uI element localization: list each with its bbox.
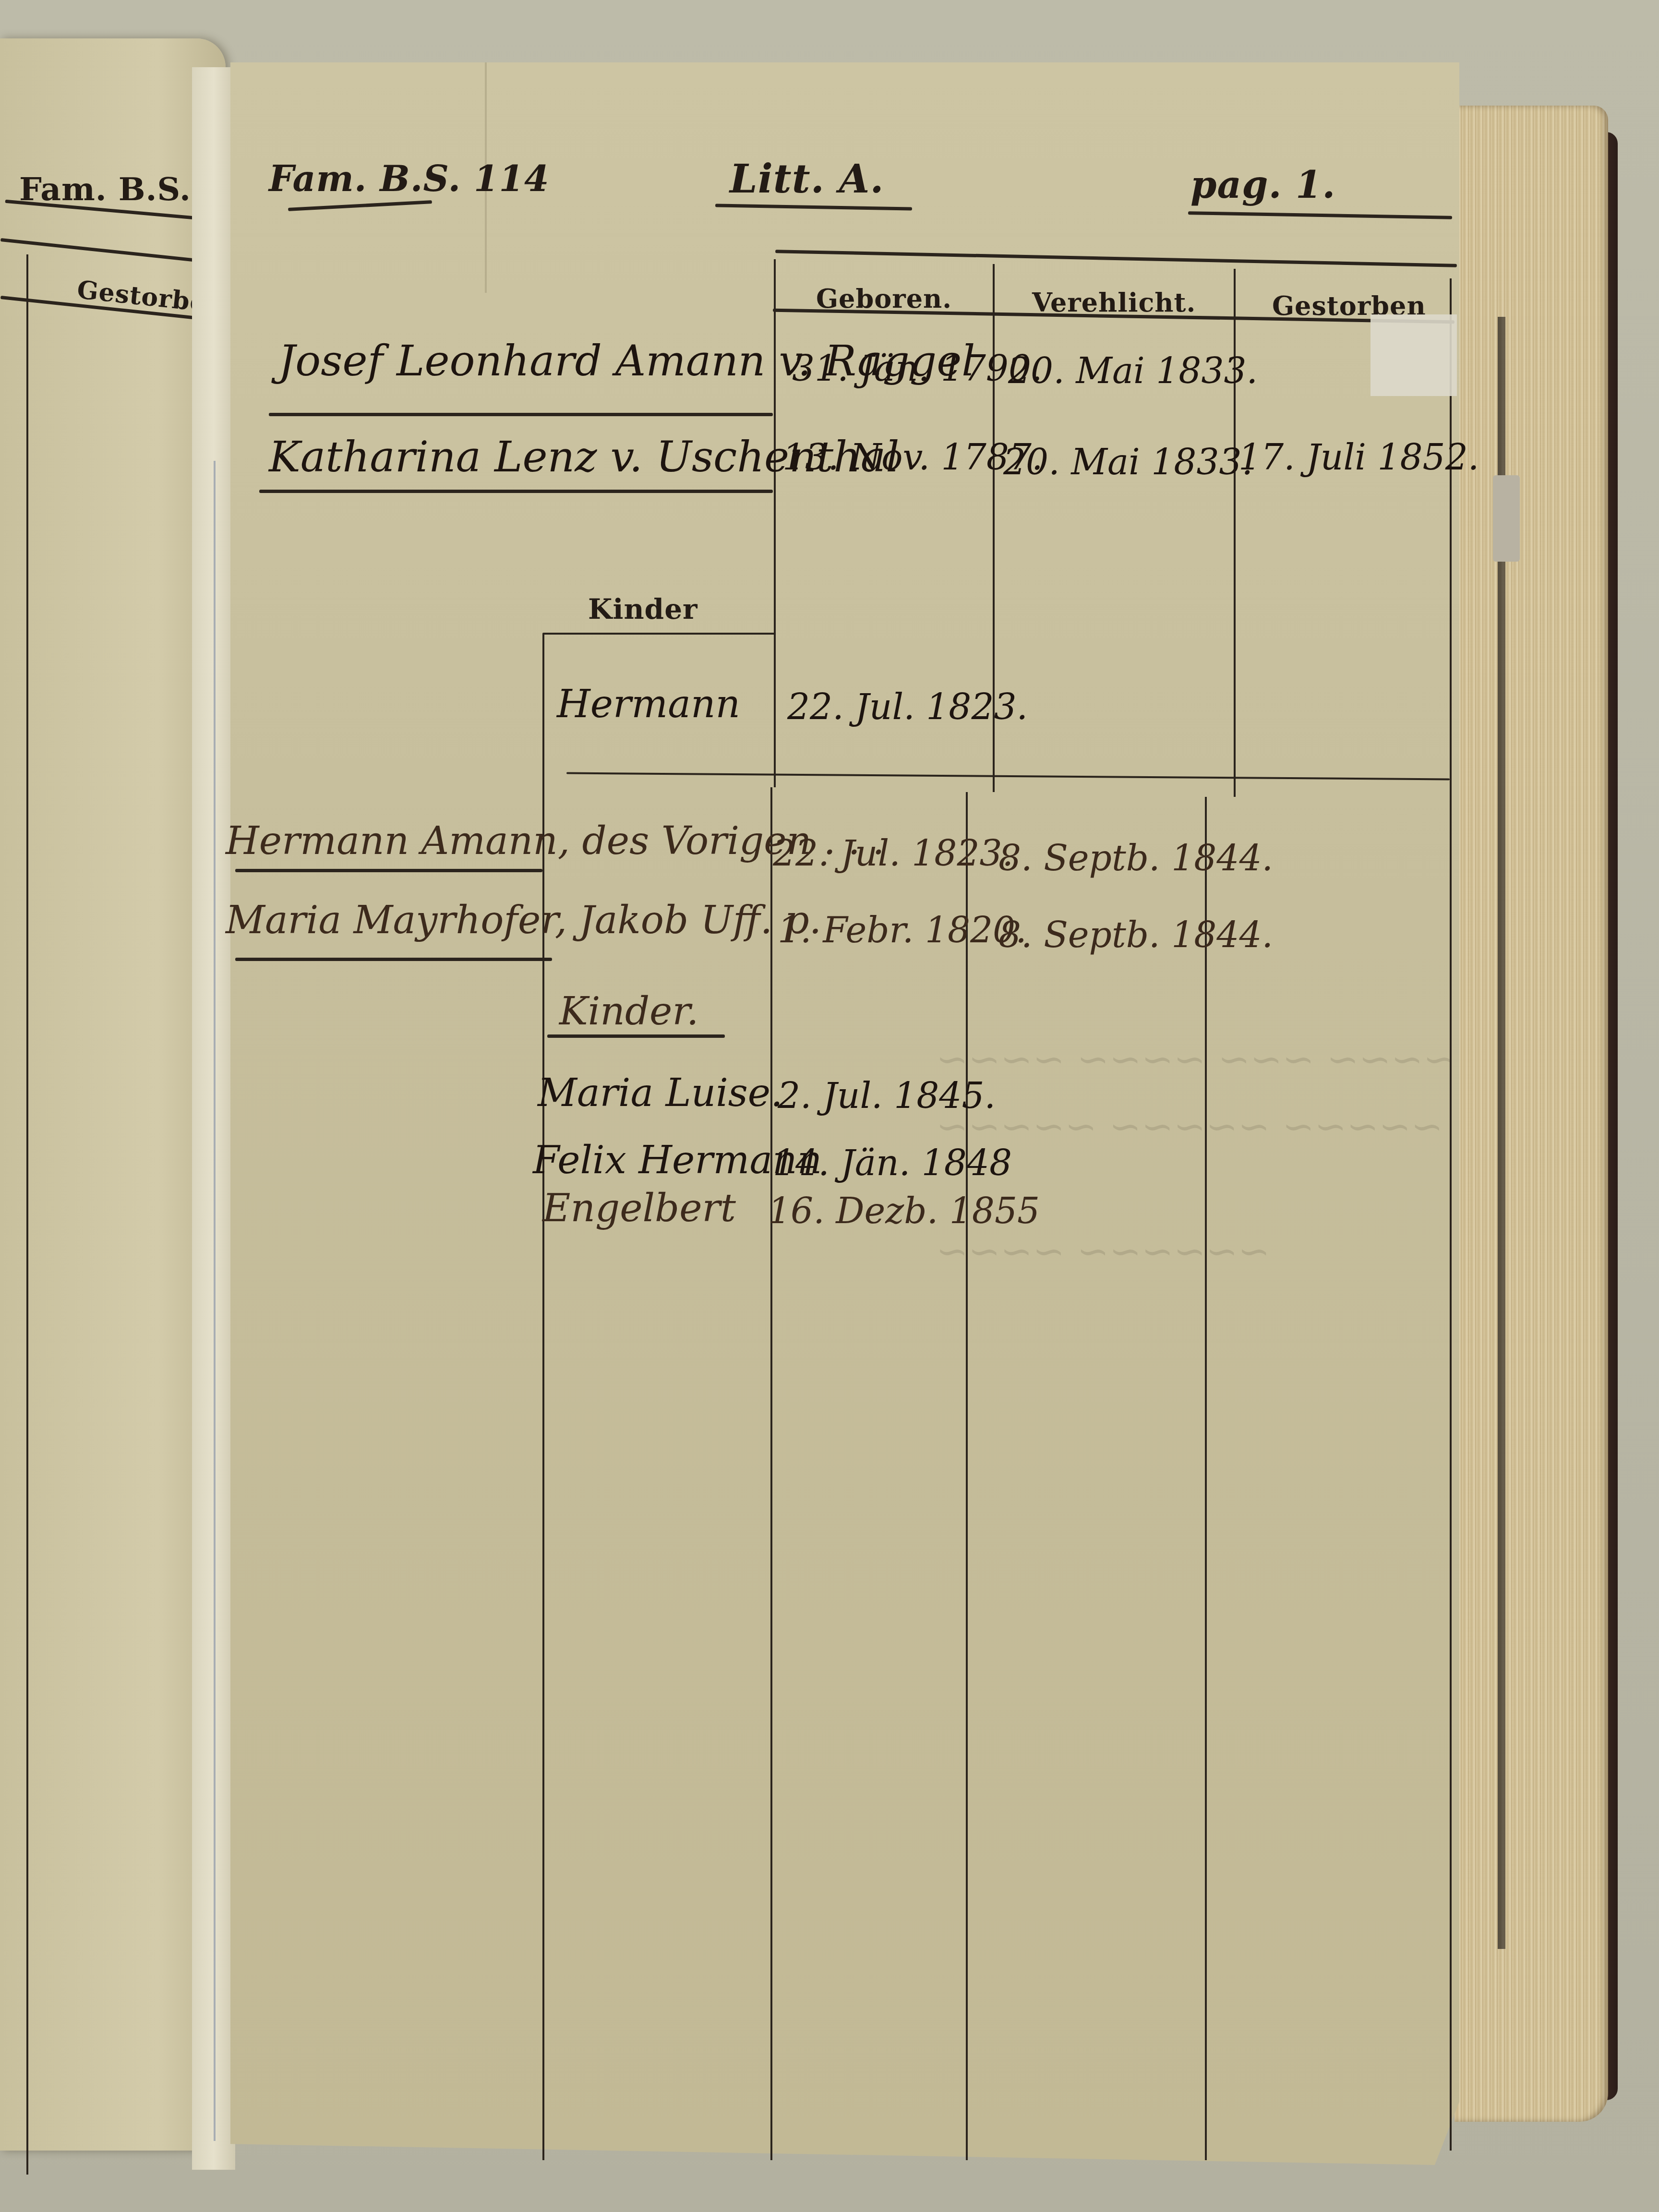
child-birth-date: 22. Jul. 1823.	[787, 686, 1028, 728]
marriage-date: 20. Mai 1833.	[1003, 442, 1253, 483]
row-rule	[269, 413, 773, 416]
column-rule-right-edge	[1450, 278, 1452, 2151]
column-rule-geboren-left-lower	[770, 787, 772, 2160]
column-rule-gestorben-left-lower	[1205, 797, 1207, 2160]
death-date: 17. Juli 1852.	[1238, 437, 1479, 478]
page-block-fore-edge	[1455, 106, 1608, 2122]
column-rule-gestorben-left	[1234, 269, 1236, 797]
family-reference: Fam. B.S. 114	[269, 158, 549, 200]
column-rule-verehlicht-left-lower	[966, 792, 968, 2160]
left-page-header: Fam. B.S.	[19, 170, 191, 208]
child-name: Hermann	[557, 682, 740, 726]
marriage-date: 20. Mai 1833.	[1008, 350, 1258, 392]
gutter-guide-line	[214, 461, 216, 2141]
child-birth-date: 14. Jän. 1848	[773, 1142, 1012, 1184]
bleed-through-text: ~~~~ ~~~ ~~~~ ~~~~	[936, 1037, 1455, 1082]
children-label: Kinder	[588, 593, 698, 625]
bookmark-ribbon	[1498, 317, 1505, 1949]
children-label-underline	[547, 1034, 725, 1038]
marriage-date: 8. Septb. 1844.	[998, 914, 1273, 956]
row-rule	[259, 490, 773, 493]
child-name: Maria Luise.	[538, 1070, 783, 1115]
row-rule	[235, 958, 552, 961]
birth-date: 1. Febr. 1820.	[778, 910, 1027, 951]
birth-date: 22. Jul. 1823.	[773, 833, 1013, 874]
row-rule	[235, 869, 542, 872]
marriage-date: 8. Septb. 1844.	[998, 838, 1273, 879]
page-number: pag. 1.	[1190, 163, 1335, 207]
letter-index: Litt. A.	[730, 156, 884, 202]
bleed-through-text: ~~~~~ ~~~~~ ~~~~~	[936, 1104, 1443, 1149]
repair-patch	[1370, 314, 1457, 396]
parent-name: Maria Mayrhofer, Jakob Uff. p.	[226, 898, 821, 942]
child-birth-date: 16. Dezb. 1855	[768, 1190, 1040, 1232]
left-column-divider	[26, 254, 28, 2175]
child-name: Engelbert	[542, 1186, 736, 1230]
children-box-top-rule	[542, 633, 775, 635]
child-birth-date: 2. Jul. 1845.	[778, 1075, 996, 1117]
children-label: Kinder.	[559, 989, 698, 1034]
birth-date: 31. Jän. 1790.	[792, 348, 1043, 389]
page-tab-marker	[1493, 475, 1520, 562]
left-table-top-rule	[0, 238, 220, 264]
bleed-through-text: ~~~~~~ ~~~~	[936, 1229, 1270, 1274]
